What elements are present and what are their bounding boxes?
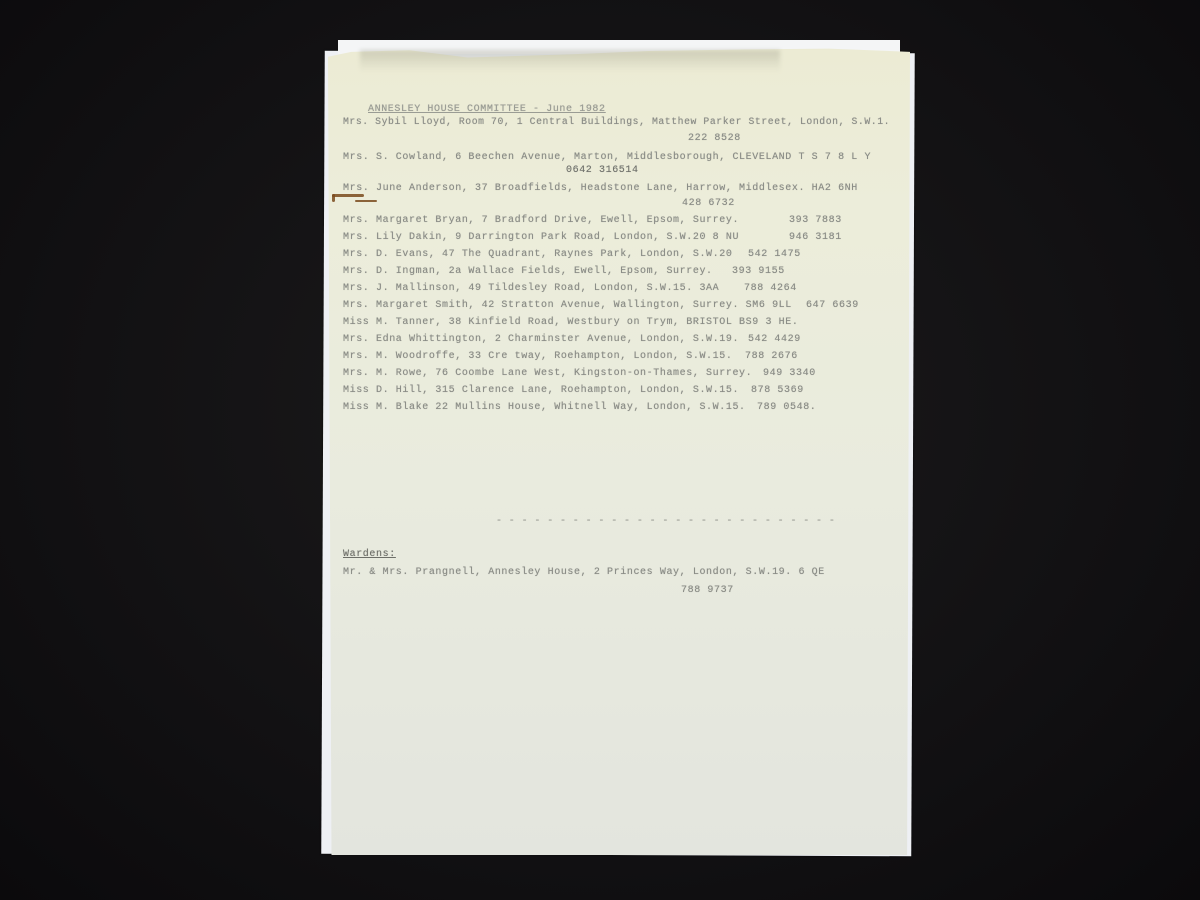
entry-line: Miss M. Blake 22 Mullins House, Whitnell…	[343, 403, 746, 413]
entry-phone: 788 4264	[744, 284, 797, 294]
rust-stain	[355, 200, 377, 202]
wardens-line: Mr. & Mrs. Prangnell, Annesley House, 2 …	[343, 568, 825, 578]
entry-phone: 878 5369	[751, 386, 804, 396]
rust-stain	[332, 194, 364, 197]
entry-line: Mrs. Edna Whittington, 2 Charminster Ave…	[343, 335, 739, 345]
rust-stain	[332, 194, 335, 202]
entry-phone: 542 4429	[748, 335, 801, 345]
entry-phone: 393 9155	[732, 267, 785, 277]
entry-phone: 647 6639	[806, 301, 859, 311]
entry-phone: 788 2676	[745, 352, 798, 362]
entry-phone: 0642 316514	[566, 166, 639, 176]
entry-line: Mrs. Sybil Lloyd, Room 70, 1 Central Bui…	[343, 118, 890, 128]
wardens-heading: Wardens:	[343, 550, 396, 560]
entry-line: Mrs. June Anderson, 37 Broadfields, Head…	[343, 184, 858, 194]
entry-phone: 946 3181	[789, 233, 842, 243]
section-divider: - - - - - - - - - - - - - - - - - - - - …	[496, 517, 835, 527]
entry-line: Mrs. D. Ingman, 2a Wallace Fields, Ewell…	[343, 267, 713, 277]
entry-line: Mrs. M. Woodroffe, 33 Cre tway, Roehampt…	[343, 352, 732, 362]
entry-line: Mrs. D. Evans, 47 The Quadrant, Raynes P…	[343, 250, 732, 260]
entry-line: Miss M. Tanner, 38 Kinfield Road, Westbu…	[343, 318, 798, 328]
entry-line: Mrs. M. Rowe, 76 Coombe Lane West, Kings…	[343, 369, 752, 379]
entry-phone: 542 1475	[748, 250, 801, 260]
entry-line: Mrs. S. Cowland, 6 Beechen Avenue, Marto…	[343, 153, 871, 163]
entry-phone: 428 6732	[682, 199, 735, 209]
page-fold	[360, 50, 780, 72]
entry-line: Mrs. J. Mallinson, 49 Tildesley Road, Lo…	[343, 284, 719, 294]
entry-phone: 789 0548.	[757, 403, 816, 413]
entry-phone: 393 7883	[789, 216, 842, 226]
entry-phone: 222 8528	[688, 134, 741, 144]
wardens-phone: 788 9737	[681, 586, 734, 596]
document-title: ANNESLEY HOUSE COMMITTEE - June 1982	[368, 105, 606, 115]
entry-phone: 949 3340	[763, 369, 816, 379]
entry-line: Mrs. Lily Dakin, 9 Darrington Park Road,…	[343, 233, 739, 243]
entry-line: Miss D. Hill, 315 Clarence Lane, Roehamp…	[343, 386, 739, 396]
entry-line: Mrs. Margaret Bryan, 7 Bradford Drive, E…	[343, 216, 739, 226]
entry-line: Mrs. Margaret Smith, 42 Stratton Avenue,…	[343, 301, 792, 311]
